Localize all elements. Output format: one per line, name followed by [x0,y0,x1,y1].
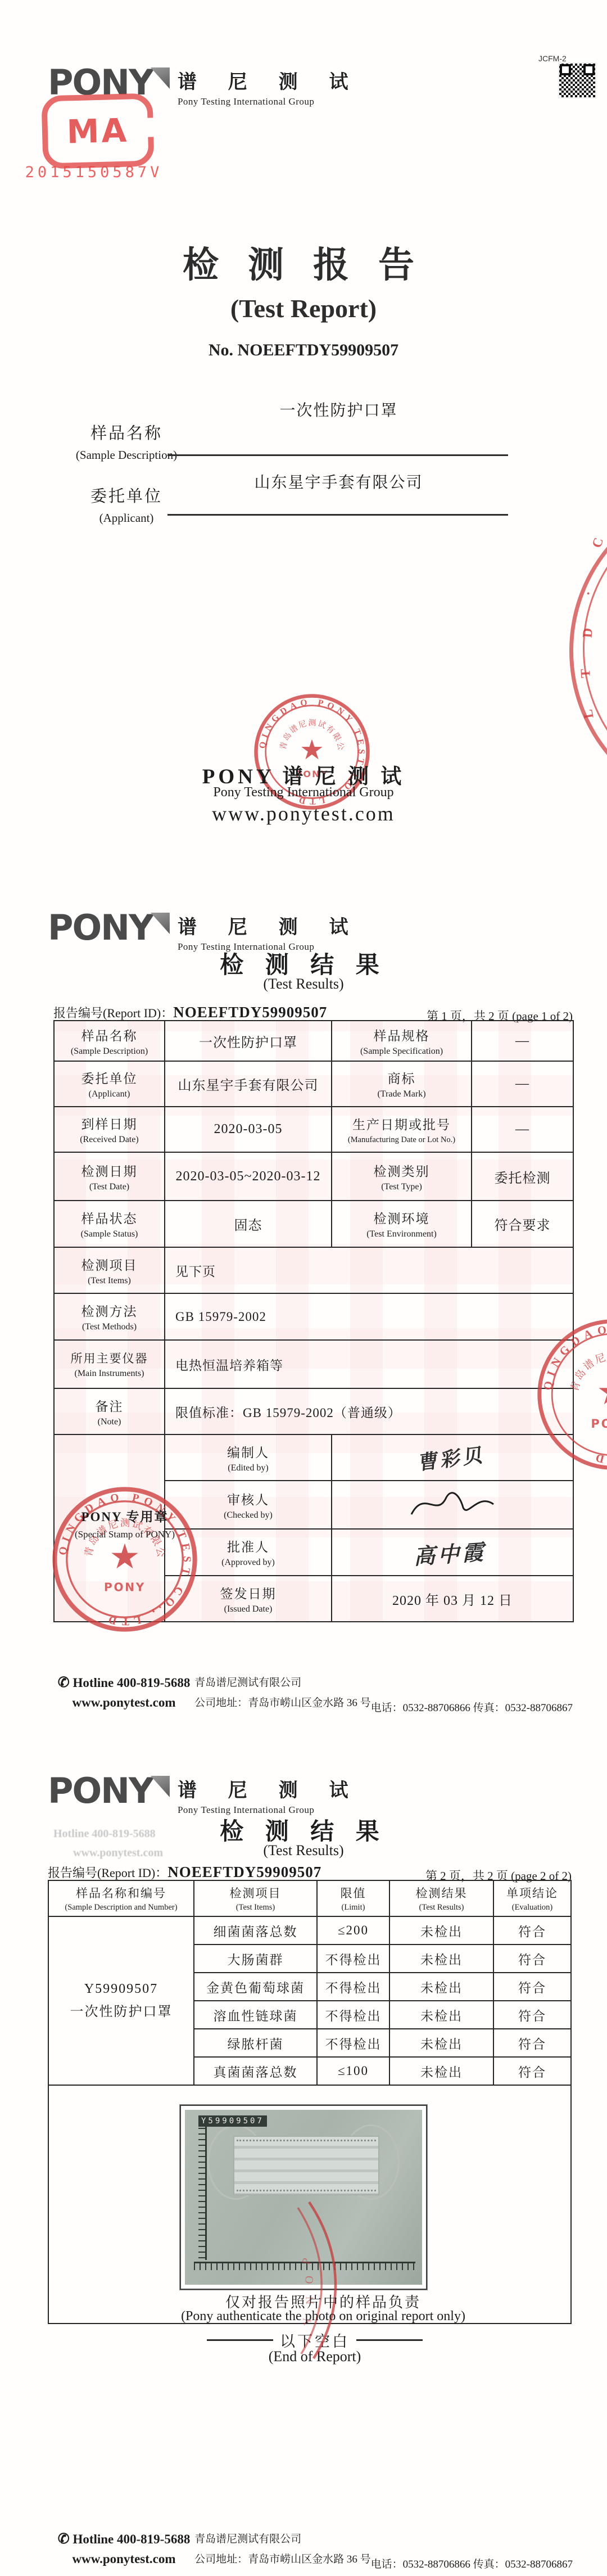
page-footer: ✆ Hotline 400-819-5688 www.ponytest.com … [53,1674,573,1715]
phone-icon: ✆ [58,1675,70,1690]
special-stamp-label: PONY 专用章 (Special Stamp of PONY) [49,1506,200,1541]
form-code-label: JCFM-2 [538,54,567,63]
footer-company-block: 青岛谱尼测试有限公司 公司地址：青岛市崂山区金水路 36 号 [194,1674,371,1715]
ruler-vertical [198,2117,207,2260]
test-result: 未检出 [389,2029,493,2057]
edge-stamp-letter: T [578,669,594,678]
limit-value: ≤200 [317,1916,389,1945]
table-row: 检测日期(Test Date) 2020-03-05~2020-03-12 检测… [54,1152,573,1201]
report-id-line: 报告编号(Report ID)：NOEEFTDY59909507 [48,1864,321,1881]
report-id-value: NOEEFTDY59909507 [167,1864,321,1880]
footer-brand-subtitle: Pony Testing International Group [146,785,461,800]
report-title-en: (Test Report) [0,294,607,323]
header-cell: 检测项目(Test Items) [194,1880,317,1916]
page-footer: ✆ Hotline 400-819-5688 www.ponytest.com … [53,2530,573,2571]
label-cn: 检测类别 [336,1161,468,1180]
pony-logo-chinese: 谱 尼 测 试 [178,912,361,939]
value-cell: — [472,1061,573,1107]
evaluation: 符合 [493,1945,571,1973]
label-cell: 样品名称(Sample Description) [54,1021,165,1061]
value-cell: — [472,1021,573,1061]
checker-signature-scribble [405,1485,500,1522]
label-en: (Edited by) [169,1463,328,1473]
hotline: Hotline 400-819-5688 [73,2532,190,2546]
label-cell: 检测项目(Test Items) [54,1247,165,1293]
phone-icon: ✆ [58,2532,70,2547]
applicant-value: 山东星宇手套有限公司 [169,470,509,493]
edge-stamp-letter: C [590,536,607,550]
header-cn: 样品名称和编号 [52,1884,190,1901]
label-en: (Sample Status) [58,1229,161,1239]
label-cell: 检测类别(Test Type) [332,1152,472,1201]
company-address: 公司地址：青岛市崂山区金水路 36 号 [194,2551,371,2566]
sample-photo-tag: Y59909507 [198,2115,267,2127]
table-row: 到样日期(Received Date) 2020-03-05 生产日期或批号(M… [54,1107,573,1152]
label-cell: 备注(Note) [54,1388,165,1434]
field-underline [167,514,508,516]
pony-logo-wordmark: PONY [48,910,153,945]
hotline: Hotline 400-819-5688 [73,1676,190,1690]
label-cn: 生产日期或批号 [336,1115,468,1133]
company-round-stamp-fragment: QINGDAO PONY TEST CO., LTD 青岛谱尼测试有限公司 ★ … [534,1316,607,1473]
field-underline [167,454,508,456]
value-cell: 限值标准：GB 15979-2002（普通级） [165,1388,573,1434]
label-cell: 样品状态(Sample Status) [54,1201,165,1247]
label-cn: 检测环境 [336,1208,468,1227]
label-cell: 到样日期(Received Date) [54,1107,165,1152]
value-cell: 一次性防护口罩 [165,1021,332,1061]
pony-logo-triangle-icon [151,67,170,89]
svg-text:P: P [300,2257,313,2266]
value-cell: 见下页 [165,1247,573,1293]
value-cell: 固态 [165,1201,332,1247]
label-cn: 样品名称 [58,1026,161,1044]
label-cell: 商标(Trade Mark) [332,1061,472,1107]
table-row: 备注(Note) 限值标准：GB 15979-2002（普通级） [54,1388,573,1434]
label-cn: 样品规格 [336,1026,468,1044]
cma-certificate-number: 2015150587V [24,164,164,181]
label-en: (Applicant) [45,511,208,525]
report-cover-page: JCFM-2 PONY 谱 尼 测 试 Pony Testing Interna… [0,0,607,859]
footer-contact: ✆ Hotline 400-819-5688 www.ponytest.com [53,2530,194,2571]
label-en: (Trade Mark) [336,1089,468,1099]
photo-caption-en: (Pony authenticate the photo on original… [126,2309,520,2324]
footer-contact: ✆ Hotline 400-819-5688 www.ponytest.com [53,1674,194,1715]
footer-website: www.ponytest.com [53,2552,194,2566]
cma-stamp-letters: MA [66,111,129,151]
stamp-arc-fragment: P O N Y [292,2199,388,2362]
label-cn: 样品状态 [58,1208,161,1227]
approver-signature: 高中霞 [413,1534,492,1571]
label-en: (Applicant) [58,1089,161,1099]
label-en: (Test Date) [58,1182,161,1192]
label-cn: 检测方法 [58,1301,161,1320]
pony-logo-subtitle: Pony Testing International Group [178,96,361,107]
sample-description-value: 一次性防护口罩 [169,398,509,421]
header-en: (Test Items) [198,1903,313,1912]
header-cell: 检测结果(Test Results) [389,1880,493,1916]
label-en: (Sample Description) [58,1046,161,1057]
report-id-label: 报告编号(Report ID)： [48,1866,167,1880]
stamp-star-icon: ★ [109,1538,140,1576]
label-en: (Received Date) [58,1135,161,1145]
sample-cell: Y59909507 一次性防护口罩 [48,1916,194,2085]
result-row: Y59909507 一次性防护口罩 细菌菌落总数 ≤200 未检出 符合 [48,1916,571,1945]
header-cell: 样品名称和编号(Sample Description and Number) [48,1880,194,1916]
evaluation: 符合 [493,2057,571,2085]
test-result: 未检出 [389,1945,493,1973]
edge-stamp-letter: D [581,628,596,638]
report-number: No. NOEEFTDY59909507 [0,341,607,360]
footer-website: www.ponytest.com [146,802,461,825]
test-result: 未检出 [389,2057,493,2085]
results-page-2: PONY 谱 尼 测 试 Pony Testing International … [0,1717,607,2576]
table-row: 样品状态(Sample Status) 固态 检测环境(Test Environ… [54,1201,573,1247]
end-dash [207,2339,273,2341]
limit-value: 不得检出 [317,1973,389,2001]
stamp-brand: PONY [104,1580,146,1594]
table-row: 检测项目(Test Items) 见下页 [54,1247,573,1293]
label-en: (Test Methods) [58,1322,161,1332]
value-cell: — [472,1107,573,1152]
footer-phone-fax: 电话：0532-88706866 传真：0532-88706867 [371,1674,573,1715]
header-cn: 检测项目 [198,1884,313,1901]
value-cell: 2020-03-05~2020-03-12 [165,1152,332,1201]
label-cn: 所用主要仪器 [58,1350,161,1366]
test-result: 未检出 [389,2001,493,2029]
label-en: (Manufacturing Date or Lot No.) [336,1135,468,1145]
special-stamp-label-en: (Special Stamp of PONY) [71,1528,178,1541]
value-cell: 2020-03-05 [165,1107,332,1152]
header-en: (Test Results) [393,1903,490,1912]
test-result: 未检出 [389,1973,493,2001]
evaluation: 符合 [493,2001,571,2029]
issued-date-value: 2020 年 03 月 12 日 [332,1576,573,1622]
label-en: (Test Type) [336,1182,468,1192]
label-cell: 样品规格(Sample Specification) [332,1021,472,1061]
company-address: 公司地址：青岛市崂山区金水路 36 号 [194,1694,371,1709]
test-item: 细菌菌落总数 [194,1916,317,1945]
value-cell: 符合要求 [472,1201,573,1247]
results-heading-cn: 检 测 结 果 [0,946,607,980]
table-row: 样品名称(Sample Description) 一次性防护口罩 样品规格(Sa… [54,1021,573,1061]
label-cn: 样品名称 [45,421,208,444]
limit-value: ≤100 [317,2057,389,2085]
label-cell: 检测环境(Test Environment) [332,1201,472,1247]
mask-body [233,2136,379,2195]
header-cn: 限值 [321,1884,386,1901]
sample-name: 一次性防护口罩 [52,2001,190,2024]
sample-id: Y59909507 [52,1978,190,2001]
label-cell: 委托单位(Applicant) [54,1061,165,1107]
pony-logo: PONY 谱 尼 测 试 Pony Testing International … [48,1774,360,1816]
special-stamp-label-cn: PONY 专用章 [49,1506,200,1525]
signature-cell: 高中霞 [332,1529,573,1576]
header-en: (Evaluation) [497,1903,567,1912]
results-heading-en: (Test Results) [0,976,607,992]
editor-signature: 曹彩贝 [418,1439,487,1476]
header-cn: 检测结果 [393,1884,490,1901]
report-title-cn: 检 测 报 告 [0,236,607,288]
header-cn: 单项结论 [497,1884,567,1901]
test-result: 未检出 [389,1916,493,1945]
label-cn: 检测项目 [58,1255,161,1274]
svg-text:O: O [303,2275,316,2284]
limit-value: 不得检出 [317,2029,389,2057]
stamp-brand: PONY [591,1417,607,1431]
evaluation: 符合 [493,2029,571,2057]
test-item: 真菌菌落总数 [194,2057,317,2085]
label-cell: 检测方法(Test Methods) [54,1293,165,1340]
company-name: 青岛谱尼测试有限公司 [194,1674,371,1689]
qr-code-icon [559,64,595,97]
header-en: (Limit) [321,1903,386,1912]
value-cell: 山东星宇手套有限公司 [165,1061,332,1107]
value-cell: 委托检测 [472,1152,573,1201]
report-id-line: 报告编号(Report ID)：NOEEFTDY59909507 [53,1004,327,1021]
label-en: (Test Items) [58,1276,161,1286]
table-row: 检测方法(Test Methods) GB 15979-2002 [54,1293,573,1340]
label-cn: 检测日期 [58,1161,161,1180]
value-cell: GB 15979-2002 [165,1293,573,1340]
label-cell: 生产日期或批号(Manufacturing Date or Lot No.) [332,1107,472,1152]
stamp-star-icon: ★ [596,1372,607,1412]
pony-logo-triangle-icon [151,1776,170,1797]
report-id-label: 报告编号(Report ID)： [53,1006,173,1020]
footer-website: www.ponytest.com [53,1695,194,1710]
label-en: (Note) [58,1417,161,1427]
company-name: 青岛谱尼测试有限公司 [194,2530,371,2546]
test-item: 绿脓杆菌 [194,2029,317,2057]
pony-logo-wordmark: PONY [48,1774,153,1808]
label-en: (Test Environment) [336,1229,468,1239]
label-cn: 委托单位 [58,1068,161,1087]
cma-accreditation-stamp: MA [41,93,154,169]
footer-company-block: 青岛谱尼测试有限公司 公司地址：青岛市崂山区金水路 36 号 [194,2530,371,2571]
test-item: 溶血性链球菌 [194,2001,317,2029]
limit-value: 不得检出 [317,1945,389,1973]
label-cn: 商标 [336,1068,468,1087]
table-row: 编制人(Edited by) 曹彩贝 [54,1434,573,1481]
table-row: 所用主要仪器(Main Instruments) 电热恒温培养箱等 [54,1340,573,1388]
report-id-value: NOEEFTDY59909507 [173,1004,327,1021]
value-cell: 电热恒温培养箱等 [165,1340,573,1388]
label-cell: 编制人(Edited by) [165,1434,332,1481]
label-en: (Sample Specification) [336,1046,468,1057]
label-cell: 所用主要仪器(Main Instruments) [54,1340,165,1388]
test-item: 大肠菌群 [194,1945,317,1973]
header-cell: 单项结论(Evaluation) [493,1880,571,1916]
signature-cell [332,1481,573,1529]
label-cn: 编制人 [169,1442,328,1461]
label-cn: 到样日期 [58,1114,161,1133]
pony-logo-triangle-icon [151,913,170,934]
header-en: (Sample Description and Number) [52,1903,190,1912]
footer-phone-fax: 电话：0532-88706866 传真：0532-88706867 [371,2530,573,2571]
label-en: (Main Instruments) [58,1369,161,1379]
pony-logo-chinese: 谱 尼 测 试 [178,66,361,94]
test-item: 金黄色葡萄球菌 [194,1973,317,2001]
evaluation: 符合 [493,1973,571,2001]
header-cell: 限值(Limit) [317,1880,389,1916]
label-cn: 备注 [58,1396,161,1415]
label-cell: 检测日期(Test Date) [54,1152,165,1201]
table-row: 委托单位(Applicant) 山东星宇手套有限公司 商标(Trade Mark… [54,1061,573,1107]
results-heading-en: (Test Results) [0,1842,607,1859]
evaluation: 符合 [493,1916,571,1945]
results-heading-cn: 检 测 结 果 [0,1813,607,1847]
table-header-row: 样品名称和编号(Sample Description and Number) 检… [48,1880,571,1916]
pony-logo-chinese: 谱 尼 测 试 [178,1775,361,1802]
results-page-1: PONY 谱 尼 测 试 Pony Testing International … [0,859,607,1717]
limit-value: 不得检出 [317,2001,389,2029]
